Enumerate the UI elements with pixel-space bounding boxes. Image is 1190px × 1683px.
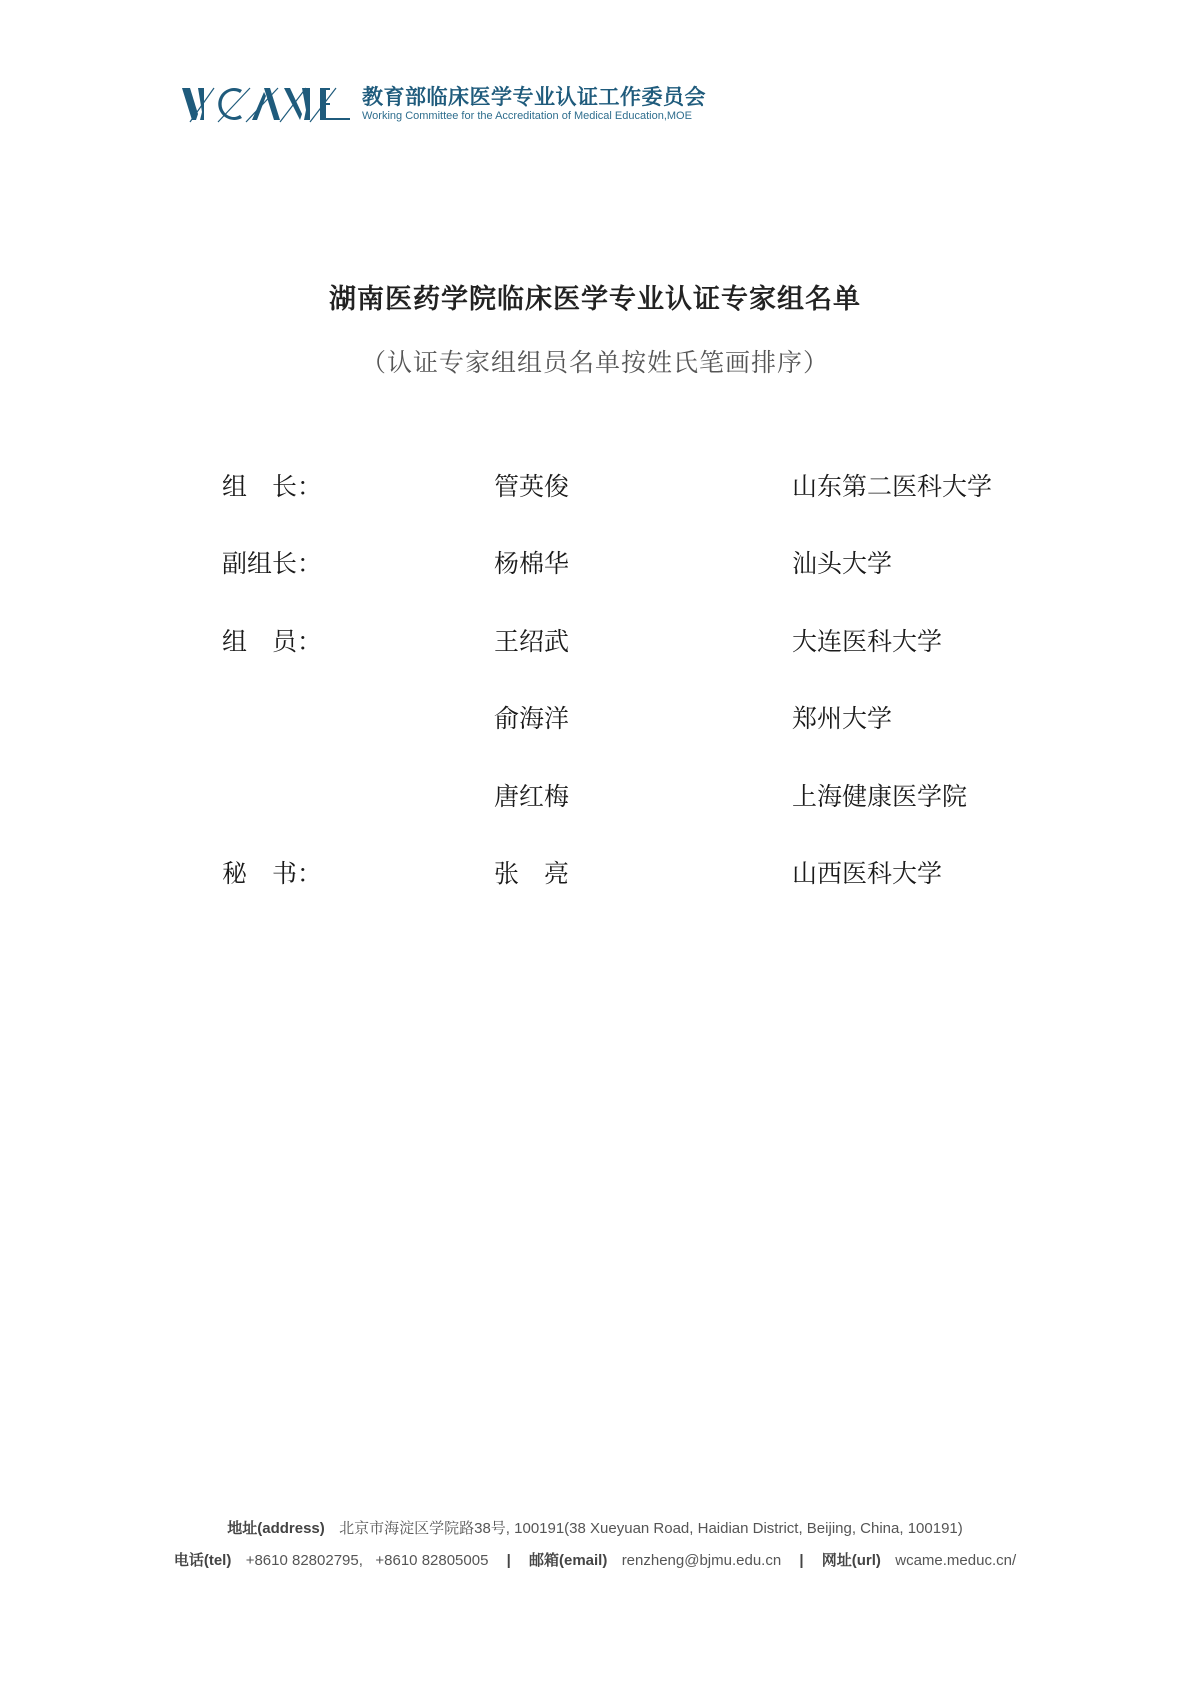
address-label: 地址(address)	[227, 1520, 325, 1537]
expert-roster: 组 长： 管英俊 山东第二医科大学 副组长： 杨棉华 汕头大学 组 员： 王绍武…	[0, 467, 1190, 931]
document-page: 教育部临床医学专业认证工作委员会 Working Committee for t…	[0, 0, 1190, 1683]
roster-name: 杨棉华	[494, 544, 569, 584]
website-link[interactable]: wcame.meduc.cn/	[895, 1552, 1016, 1569]
org-name-en: Working Committee for the Accreditation …	[362, 110, 706, 123]
email-label: 邮箱(email)	[529, 1552, 607, 1569]
roster-institution: 山西医科大学	[792, 854, 942, 894]
document-title: 湖南医药学院临床医学专业认证专家组名单	[0, 282, 1190, 318]
roster-role: 副组长：	[222, 544, 322, 584]
contact-line: 电话(tel) +8610 82802795, +8610 82805005 |…	[0, 1550, 1190, 1572]
url-label: 网址(url)	[822, 1552, 881, 1569]
org-name-cn: 教育部临床医学专业认证工作委员会	[362, 85, 706, 109]
roster-row: 组 长： 管英俊 山东第二医科大学	[0, 467, 1190, 544]
address-line: 地址(address) 北京市海淀区学院路38号, 100191(38 Xuey…	[0, 1518, 1190, 1540]
roster-row: 组 员： 王绍武 大连医科大学	[0, 622, 1190, 699]
footer-separator: |	[799, 1550, 803, 1572]
roster-name: 管英俊	[494, 467, 569, 507]
roster-role: 组 长：	[222, 467, 322, 507]
roster-institution: 大连医科大学	[792, 622, 942, 662]
letterhead: 教育部临床医学专业认证工作委员会 Working Committee for t…	[180, 82, 706, 126]
roster-row: 秘 书： 张 亮 山西医科大学	[0, 854, 1190, 931]
roster-name: 王绍武	[494, 622, 569, 662]
org-name-block: 教育部临床医学专业认证工作委员会 Working Committee for t…	[362, 85, 706, 123]
contact-footer: 地址(address) 北京市海淀区学院路38号, 100191(38 Xuey…	[0, 1518, 1190, 1572]
roster-name: 张 亮	[494, 854, 569, 894]
footer-separator: |	[507, 1550, 511, 1572]
tel-label: 电话(tel)	[174, 1552, 232, 1569]
roster-name: 俞海洋	[494, 699, 569, 739]
roster-row: 俞海洋 郑州大学	[0, 699, 1190, 776]
roster-institution: 汕头大学	[792, 544, 892, 584]
wcame-logo-icon	[180, 84, 352, 124]
roster-institution: 上海健康医学院	[792, 777, 967, 817]
document-subtitle: （认证专家组组员名单按姓氏笔画排序）	[0, 346, 1190, 380]
roster-institution: 郑州大学	[792, 699, 892, 739]
roster-role: 秘 书：	[222, 854, 322, 894]
email-link[interactable]: renzheng@bjmu.edu.cn	[622, 1552, 782, 1569]
address-value: 北京市海淀区学院路38号, 100191(38 Xueyuan Road, Ha…	[339, 1520, 963, 1537]
tel-value: +8610 82802795, +8610 82805005	[246, 1552, 489, 1569]
roster-name: 唐红梅	[494, 777, 569, 817]
roster-institution: 山东第二医科大学	[792, 467, 992, 507]
roster-row: 唐红梅 上海健康医学院	[0, 777, 1190, 854]
roster-row: 副组长： 杨棉华 汕头大学	[0, 544, 1190, 621]
roster-role: 组 员：	[222, 622, 322, 662]
